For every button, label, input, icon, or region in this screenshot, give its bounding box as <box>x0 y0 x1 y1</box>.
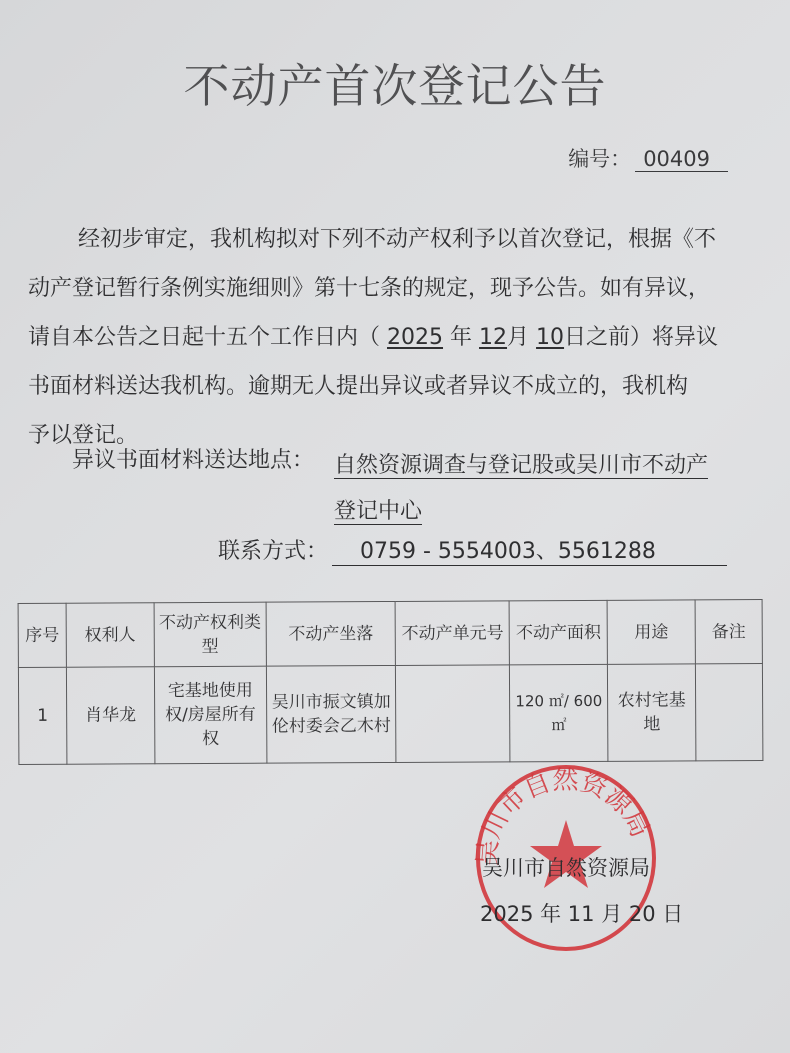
deadline-day: 10 <box>536 325 564 350</box>
header-right-type: 不动产权利类型 <box>154 602 266 667</box>
deadline-year: 2025 <box>387 325 443 350</box>
body-line-4: 书面材料送达我机构。逾期无人提出异议或者异议不成立的，我机构 <box>28 362 743 411</box>
body-line-3-prefix: 请自本公告之日起十五个工作日内（ <box>28 325 380 350</box>
announcement-body: 经初步审定，我机构拟对下列不动产权利予以首次登记，根据《不 动产登记暂行条例实施… <box>28 215 743 460</box>
objection-address-line-1: 自然资源调查与登记股或吴川市不动产 <box>334 453 708 479</box>
issue-date: 2025 年 11 月 20 日 <box>480 898 683 928</box>
header-owner: 权利人 <box>66 603 154 667</box>
objection-address-line-2: 登记中心 <box>334 499 422 525</box>
body-line-2: 动产登记暂行条例实施细则》第十七条的规定，现予公告。如有异议， <box>28 264 743 313</box>
header-location: 不动产坐落 <box>266 601 396 666</box>
table-row: 1 肖华龙 宅基地使用权/房屋所有权 吴川市振文镇加伦村委会乙木村 120 ㎡/… <box>18 664 762 765</box>
cell-unit-number <box>396 665 510 763</box>
serial-label: 编号： <box>568 147 631 171</box>
objection-address-label: 异议书面材料送达地点： <box>72 443 314 474</box>
issuing-organization: 吴川市自然资源局 <box>482 852 650 882</box>
serial-value: 00409 <box>635 147 728 172</box>
contact-label: 联系方式： <box>218 539 328 564</box>
cell-usage: 农村宅基地 <box>608 664 696 761</box>
serial-number: 编号：00409 <box>568 143 728 173</box>
contact-value: 0759 - 5554003、5561288 <box>332 534 727 566</box>
month-unit: 月 <box>507 325 529 350</box>
contact-info: 联系方式：0759 - 5554003、5561288 <box>218 534 727 566</box>
header-remarks: 备注 <box>695 600 762 664</box>
cell-right-type: 宅基地使用权/房屋所有权 <box>154 666 266 764</box>
header-area: 不动产面积 <box>509 600 607 665</box>
year-unit: 年 <box>450 325 472 350</box>
header-index: 序号 <box>18 603 66 667</box>
body-line-3-suffix: 日之前）将异议 <box>564 325 718 350</box>
registration-table: 序号 权利人 不动产权利类型 不动产坐落 不动产单元号 不动产面积 用途 备注 … <box>18 599 764 765</box>
cell-owner: 肖华龙 <box>66 667 154 764</box>
deadline-month: 12 <box>479 325 507 350</box>
objection-address: 自然资源调查与登记股或吴川市不动产 登记中心 <box>334 443 739 535</box>
document-title: 不动产首次登记公告 <box>0 50 790 116</box>
body-line-3: 请自本公告之日起十五个工作日内（ 2025 年 12月 10日之前）将异议 <box>28 313 743 362</box>
table-header-row: 序号 权利人 不动产权利类型 不动产坐落 不动产单元号 不动产面积 用途 备注 <box>18 600 762 668</box>
cell-area: 120 ㎡/ 600 ㎡ <box>510 664 608 762</box>
header-unit-number: 不动产单元号 <box>396 601 510 666</box>
header-usage: 用途 <box>607 600 695 664</box>
body-line-1: 经初步审定，我机构拟对下列不动产权利予以首次登记，根据《不 <box>28 215 743 264</box>
cell-location: 吴川市振文镇加伦村委会乙木村 <box>266 665 396 763</box>
cell-remarks <box>695 664 762 761</box>
cell-index: 1 <box>18 667 66 764</box>
